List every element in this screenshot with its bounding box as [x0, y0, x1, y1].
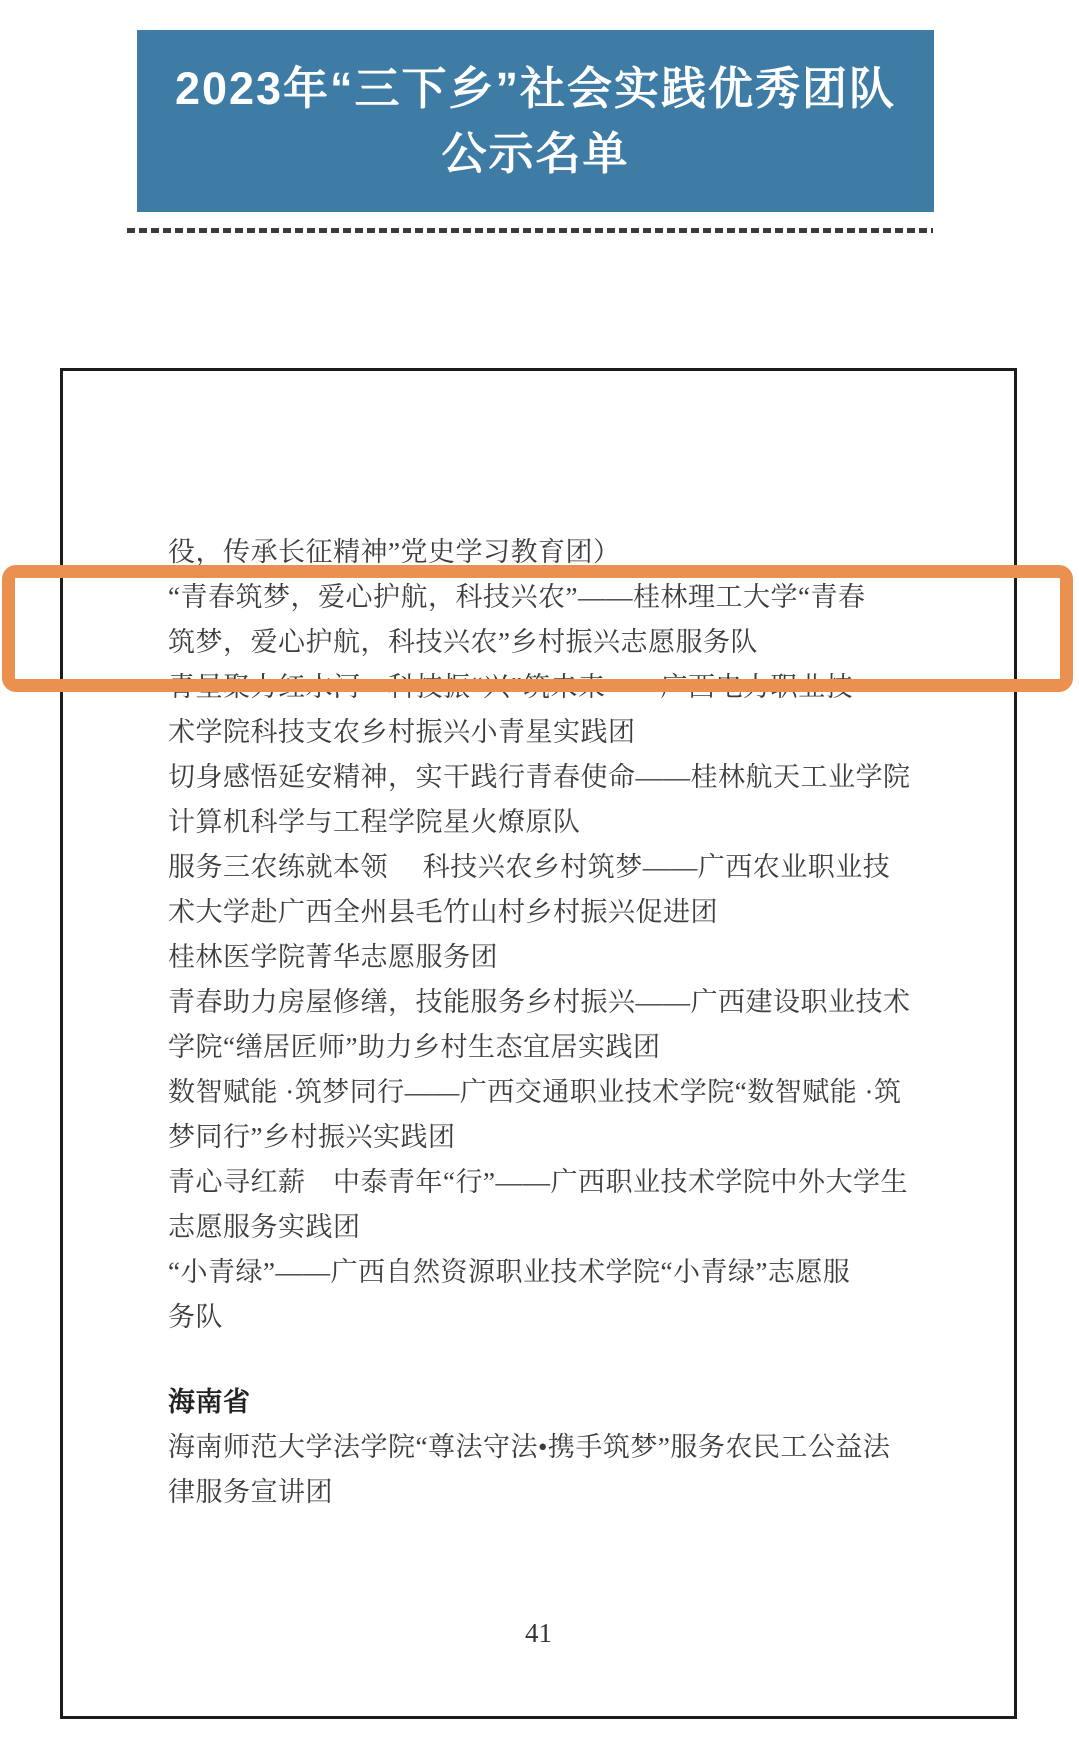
list-line: “小青绿”——广西自然资源职业技术学院“小青绿”志愿服 [168, 1250, 958, 1295]
list-line: 务队 [168, 1295, 958, 1340]
list-line: 青星聚力红水河 科技振“兴”筑未来——广西电力职业技 [168, 665, 958, 710]
list-line: 青春助力房屋修缮，技能服务乡村振兴——广西建设职业技术 [168, 980, 958, 1025]
list-line: “青春筑梦，爱心护航，科技兴农”——桂林理工大学“青春 [168, 575, 958, 620]
list-line: 青心寻红薪 中泰青年“行”——广西职业技术学院中外大学生 [168, 1160, 958, 1205]
team-list: 役，传承长征精神”党史学习教育团） “青春筑梦，爱心护航，科技兴农”——桂林理工… [168, 530, 958, 1515]
list-line: 术大学赴广西全州县毛竹山村乡村振兴促进团 [168, 890, 958, 935]
document-page: 役，传承长征精神”党史学习教育团） “青春筑梦，爱心护航，科技兴农”——桂林理工… [60, 368, 1017, 1719]
section-gap [168, 1340, 958, 1380]
list-line: 服务三农练就本领 科技兴农乡村筑梦——广西农业职业技 [168, 845, 958, 890]
list-line: 术学院科技支农乡村振兴小青星实践团 [168, 710, 958, 755]
list-line: 梦同行”乡村振兴实践团 [168, 1115, 958, 1160]
list-line: 筑梦，爱心护航，科技兴农”乡村振兴志愿服务队 [168, 620, 958, 665]
list-line: 役，传承长征精神”党史学习教育团） [168, 530, 958, 575]
list-line: 志愿服务实践团 [168, 1205, 958, 1250]
list-line: 学院“缮居匠师”助力乡村生态宜居实践团 [168, 1025, 958, 1070]
banner-title-line1: 2023年“三下乡”社会实践优秀团队 [175, 66, 896, 111]
list-line: 切身感悟延安精神，实干践行青春使命——桂林航天工业学院 [168, 755, 958, 800]
banner-title-line2: 公示名单 [441, 131, 629, 176]
page-number: 41 [63, 1611, 1014, 1656]
list-line: 桂林医学院菁华志愿服务团 [168, 935, 958, 980]
list-line: 律服务宣讲团 [168, 1470, 958, 1515]
dashed-divider [127, 228, 933, 233]
list-line: 计算机科学与工程学院星火燎原队 [168, 800, 958, 845]
list-line: 海南师范大学法学院“尊法守法•携手筑梦”服务农民工公益法 [168, 1425, 958, 1470]
title-banner: 2023年“三下乡”社会实践优秀团队 公示名单 [137, 30, 934, 212]
section-heading-hainan: 海南省 [168, 1380, 958, 1425]
list-line: 数智赋能 ·筑梦同行——广西交通职业技术学院“数智赋能 ·筑 [168, 1070, 958, 1115]
